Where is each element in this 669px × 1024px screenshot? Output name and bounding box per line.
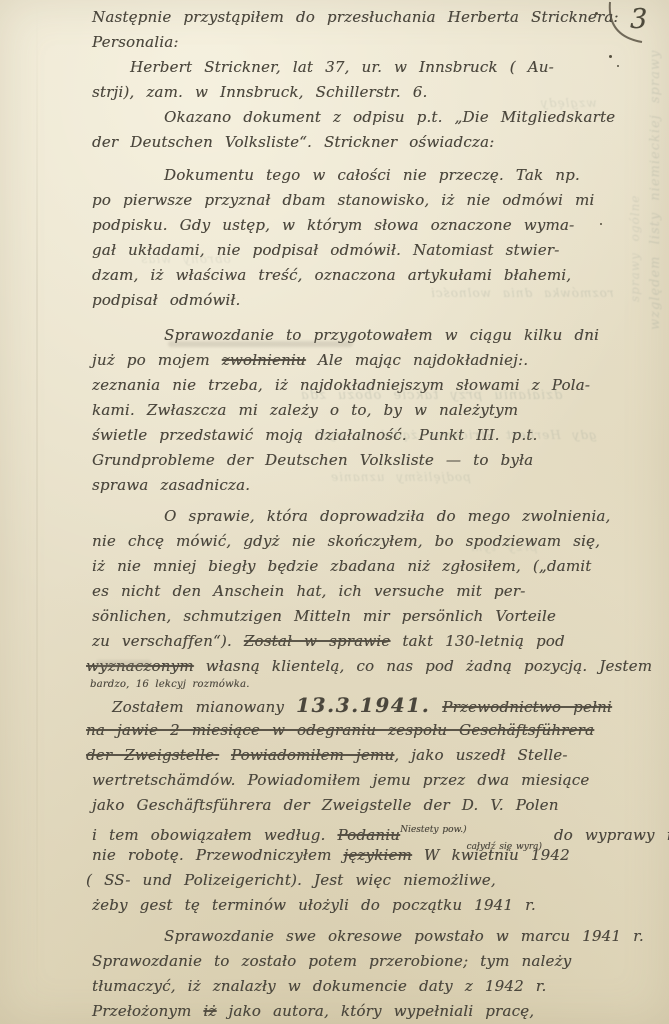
paragraph: Okazano dokument z odpisu p.t. „Die Mitg… bbox=[92, 105, 666, 155]
handwritten-line: Personalia: bbox=[92, 30, 666, 55]
paragraph: Następnie przystąpiłem do przesłuchania … bbox=[92, 5, 666, 105]
handwritten-line: wertretschämdów. Powiadomiłem jemu przez… bbox=[92, 768, 666, 793]
ink-bleedthrough: działaniu przy takcie obozu zda bbox=[300, 388, 562, 403]
handwritten-text: Ale mając najdokładniej:. bbox=[306, 351, 528, 369]
handwritten-text: takt 130-letnią pod bbox=[390, 632, 564, 650]
handwritten-line: O sprawie, która doprowadziła do mego zw… bbox=[164, 504, 666, 529]
handwritten-text: Herbert Strickner, lat 37, ur. w Innsbru… bbox=[130, 58, 554, 76]
handwritten-text: , jako uszedł Stelle- bbox=[394, 746, 567, 764]
handwritten-text: Zostałem mianowany bbox=[112, 698, 296, 716]
handwritten-text-block: Następnie przystąpiłem do przesłuchania … bbox=[92, 5, 666, 1024]
strikethrough-text: na jawie 2 miesiące w odegraniu zespołu … bbox=[86, 721, 594, 739]
handwritten-line: Sprawozdanie swe okresowe powstało w mar… bbox=[164, 924, 666, 949]
handwritten-text: nie robotę. Przewodniczyłem bbox=[92, 846, 343, 864]
handwritten-text: wertretschämdów. Powiadomiłem jemu przez… bbox=[92, 771, 589, 789]
strikethrough-text: Podaniu bbox=[337, 826, 400, 844]
ink-bleedthrough: względem listy niemieckiej sprawy bbox=[648, 50, 663, 330]
handwritten-text bbox=[430, 698, 442, 716]
handwritten-text: ( SS- und Polizeigericht). Jest więc nie… bbox=[86, 871, 496, 889]
handwritten-line: nie robotę. Przewodniczyłem językiem W k… bbox=[92, 843, 666, 868]
strikethrough-text: zwolnieniu bbox=[222, 351, 306, 369]
strikethrough-text: der Zweigstelle. bbox=[86, 746, 219, 764]
handwritten-text: jako Geschäftsführera der Zweigstelle de… bbox=[92, 796, 559, 814]
handwritten-text: po pierwsze przyznał dbam stanowisko, iż… bbox=[92, 191, 594, 209]
handwritten-line: tłumaczyć, iż znalazły w dokumencie daty… bbox=[92, 974, 666, 999]
handwritten-line: Dokumentu tego w całości nie przeczę. Ta… bbox=[164, 163, 666, 188]
handwritten-line: i tem obowiązałem według. PodaniuNiestet… bbox=[92, 818, 666, 843]
handwritten-text bbox=[219, 746, 231, 764]
handwritten-line: Herbert Strickner, lat 37, ur. w Innsbru… bbox=[130, 55, 666, 80]
handwritten-text: jako autora, który wypełniali pracę, bbox=[217, 1002, 535, 1020]
handwritten-text: sprawa zasadnicza. bbox=[92, 476, 250, 494]
handwritten-line: ( SS- und Polizeigericht). Jest więc nie… bbox=[86, 868, 666, 893]
paragraph: O sprawie, która doprowadziła do mego zw… bbox=[92, 504, 666, 918]
handwritten-line: iż nie mniej biegły będzie zbadana niż z… bbox=[92, 554, 666, 579]
ink-speck bbox=[617, 65, 619, 67]
handwritten-text: dzam, iż właściwa treść, oznaczona artyk… bbox=[92, 266, 571, 284]
handwritten-line: zu verschaffen“). Został w sprawie takt … bbox=[92, 629, 666, 654]
ink-bleedthrough: przy tym bbox=[470, 540, 537, 554]
handwritten-line: der Deutschen Volksliste“. Strickner ośw… bbox=[92, 130, 666, 155]
handwritten-line: wyznaczonym własną klientelą, co nas pod… bbox=[86, 654, 666, 679]
strikethrough-text: iż bbox=[203, 1002, 216, 1020]
handwritten-text: iż nie mniej biegły będzie zbadana niż z… bbox=[92, 557, 591, 575]
handwritten-text: podpisał odmówił. bbox=[92, 291, 240, 309]
handwritten-text: własną klientelą, co nas pod żadną pozyc… bbox=[194, 657, 652, 675]
handwritten-text: już po mojem bbox=[92, 351, 222, 369]
handwritten-line: już po mojem zwolnieniu Ale mając najdok… bbox=[92, 348, 666, 373]
paper-crease bbox=[36, 0, 38, 1024]
handwritten-text: bardzo, 16 lekcyj rozmówka. bbox=[90, 679, 250, 690]
handwritten-line: jako Geschäftsführera der Zweigstelle de… bbox=[92, 793, 666, 818]
ink-speck bbox=[609, 55, 612, 58]
handwritten-text: Sprawozdanie to zostało potem przerobion… bbox=[92, 952, 571, 970]
handwritten-line: podpisku. Gdy ustęp, w którym słowa ozna… bbox=[92, 213, 666, 238]
ink-bleedthrough: sprawy ogólne bbox=[628, 195, 642, 302]
handwritten-text: der Deutschen Volksliste“. Strickner ośw… bbox=[92, 133, 494, 151]
handwritten-line: żeby gest tę terminów ułożyli do początk… bbox=[92, 893, 666, 918]
handwritten-text: W kwietniu 1942 bbox=[412, 846, 570, 864]
handwritten-line: Następnie przystąpiłem do przesłuchania … bbox=[92, 5, 666, 30]
ink-smudge bbox=[96, 660, 151, 668]
ink-speck bbox=[600, 223, 602, 225]
handwritten-text: Sprawozdanie swe okresowe powstało w mar… bbox=[164, 927, 644, 945]
handwritten-text: Następnie przystąpiłem do przesłuchania … bbox=[92, 8, 619, 26]
handwritten-text: strji), zam. w Innsbruck, Schillerstr. 6… bbox=[92, 83, 427, 101]
handwritten-line: nie chcę mówić, gdyż nie skończyłem, bo … bbox=[92, 529, 666, 554]
strikethrough-text: Został w sprawie bbox=[244, 632, 391, 650]
handwritten-line: es nicht den Anschein hat, ich versuche … bbox=[92, 579, 666, 604]
handwritten-text: es nicht den Anschein hat, ich versuche … bbox=[92, 582, 525, 600]
date-text: 13.3.1941. bbox=[296, 693, 430, 717]
handwritten-text: zu verschaffen“). bbox=[92, 632, 244, 650]
handwritten-text: żeby gest tę terminów ułożyli do początk… bbox=[92, 896, 536, 914]
strikethrough-text: Przewodnictwo pełni bbox=[442, 698, 612, 716]
interlinear-insertion: Niestety pow.) bbox=[400, 825, 466, 835]
manuscript-page: 3 Następnie przystąpiłem do przesłuchani… bbox=[0, 0, 669, 1024]
handwritten-line: po pierwsze przyznał dbam stanowisko, iż… bbox=[92, 188, 666, 213]
handwritten-line: dzam, iż właściwa treść, oznaczona artyk… bbox=[92, 263, 666, 288]
handwritten-text: podpisku. Gdy ustęp, w którym słowa ozna… bbox=[92, 216, 574, 234]
ink-bleedthrough: rozmówka dnia wolności bbox=[430, 286, 614, 300]
ink-bleedthrough: względy bbox=[540, 96, 597, 110]
handwritten-text: Przełożonym bbox=[92, 1002, 203, 1020]
strikethrough-text: Powiadomiłem jemu bbox=[231, 746, 394, 764]
handwritten-line: der Zweigstelle. Powiadomiłem jemu, jako… bbox=[86, 743, 666, 768]
ink-speck bbox=[595, 12, 598, 15]
paragraph: Sprawozdanie swe okresowe powstało w mar… bbox=[92, 924, 666, 1024]
handwritten-line: Sprawozdanie to zostało potem przerobion… bbox=[92, 949, 666, 974]
handwritten-text: do wyprawy nie bbox=[542, 826, 669, 844]
ink-smudge bbox=[168, 341, 353, 347]
handwritten-line: sönlichen, schmutzigen Mitteln mir persö… bbox=[92, 604, 666, 629]
ink-bleedthrough: obrony włas bbox=[140, 252, 231, 266]
handwritten-line: na jawie 2 miesiące w odegraniu zespołu … bbox=[86, 718, 666, 743]
handwritten-text: tłumaczyć, iż znalazły w dokumencie daty… bbox=[92, 977, 546, 995]
strikethrough-text: językiem bbox=[343, 846, 412, 864]
handwritten-text: Dokumentu tego w całości nie przeczę. Ta… bbox=[164, 166, 580, 184]
handwritten-line: bardzo, 16 lekcyj rozmówka. bbox=[90, 679, 666, 693]
handwritten-text: kami. Zwłaszcza mi zależy o to, by w nal… bbox=[92, 401, 518, 419]
ink-bleedthrough: gdy Herbert Strickner żądał w myśl bbox=[315, 428, 597, 442]
handwritten-text: O sprawie, która doprowadziła do mego zw… bbox=[164, 507, 610, 525]
handwritten-text: Personalia: bbox=[92, 33, 179, 51]
handwritten-text: i tem obowiązałem według. bbox=[92, 826, 337, 844]
handwritten-text: Okazano dokument z odpisu p.t. „Die Mitg… bbox=[164, 108, 615, 126]
ink-bleedthrough: podjęliśmy uznanie bbox=[330, 470, 471, 484]
handwritten-text: sönlichen, schmutzigen Mitteln mir persö… bbox=[92, 607, 556, 625]
handwritten-line: Przełożonym iż jako autora, który wypełn… bbox=[92, 999, 666, 1024]
handwritten-text: Grundprobleme der Deutschen Volksliste —… bbox=[92, 451, 533, 469]
handwritten-line: Zostałem mianowany 13.3.1941. Przewodnic… bbox=[112, 693, 666, 718]
